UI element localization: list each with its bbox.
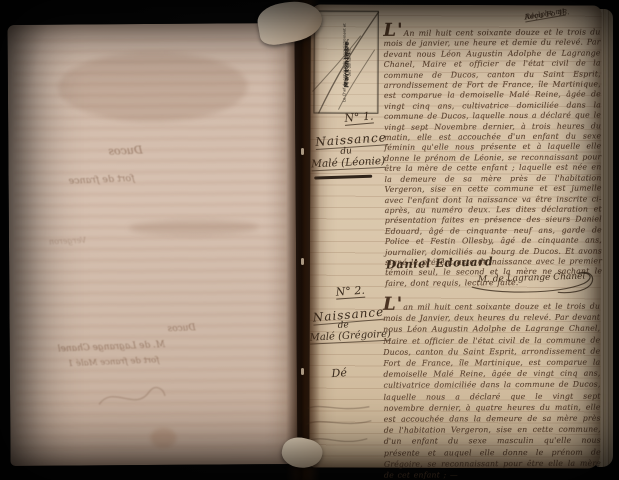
margin-act2-prep: de [337, 320, 349, 331]
paper-stain [150, 428, 176, 448]
corner-annotation-line: Adolphe mt [524, 7, 566, 23]
act2-text: L'an mil huit cent soixante douze et le … [383, 298, 601, 480]
margin-act1-prep: du [340, 146, 352, 157]
bleedthrough-word: Vergeron [49, 236, 87, 247]
bleedthrough-word: Ducos [167, 323, 195, 334]
signature-officer: M. de Lagrange Chanel [466, 267, 598, 297]
margin-act1-name: Malé (Léonie) [311, 155, 386, 172]
margin-act2-ditto: Dé [331, 366, 347, 380]
margin-rule [314, 175, 372, 179]
left-page: Ducos fort de france Vergeron Ducos M. d… [7, 23, 297, 466]
book-binding-gutter [286, 0, 320, 480]
bleedthrough-word: Ducos [108, 143, 143, 157]
margin-act1-number: N° 1. [344, 109, 374, 125]
binding-stitch [301, 258, 304, 265]
revenue-stamp-box: Martinique. Visé pour timbre. Prix : Vin… [313, 11, 378, 114]
register-scan-photo: Ducos fort de france Vergeron Ducos M. d… [0, 0, 619, 480]
margin-act2-number: N° 2. [335, 284, 365, 300]
binding-stitch [301, 368, 304, 375]
bleedthrough-flourish [95, 374, 169, 417]
margin-act2-name: Malé (Grégoire) [309, 329, 391, 345]
act1-text: L'An mil huit cent soixante douze et le … [383, 24, 602, 289]
right-page: Martinique. Visé pour timbre. Prix : Vin… [309, 4, 602, 468]
binding-stitch [301, 148, 304, 155]
corner-annotation: Reçu Fo 48. Adolphe mt [524, 4, 594, 12]
